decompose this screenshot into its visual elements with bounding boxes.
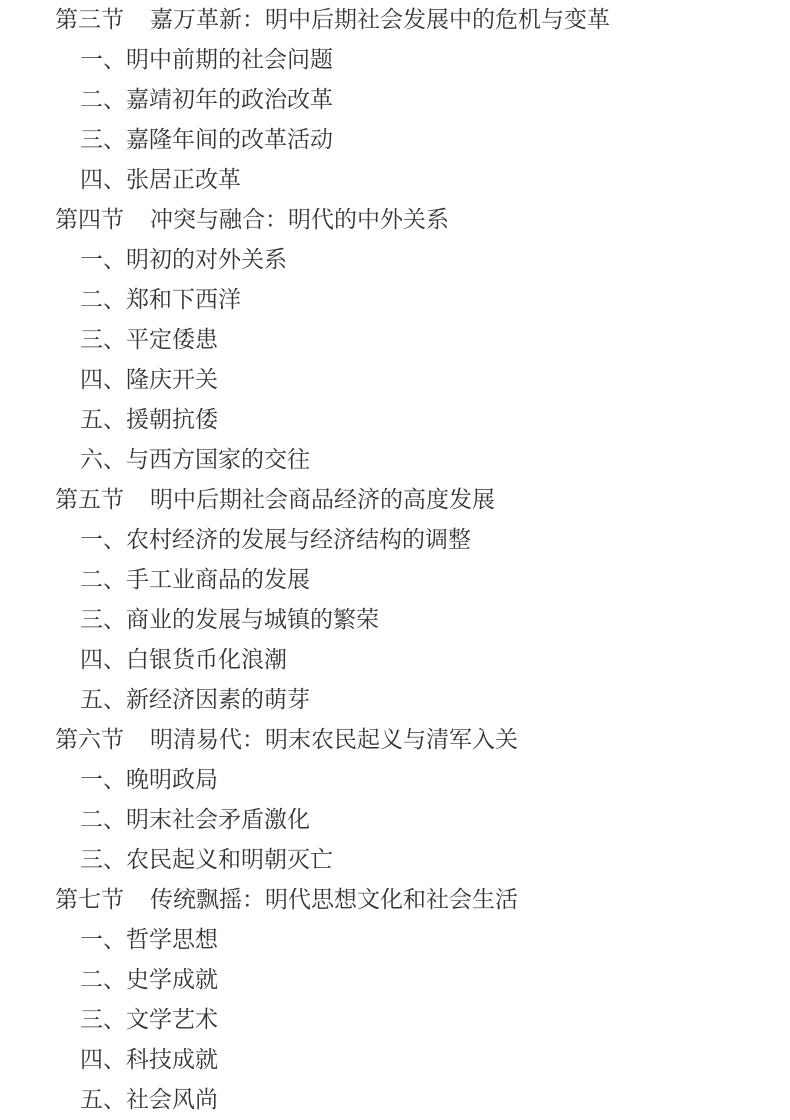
toc-section[interactable]: 第六节明清易代：明末农民起义与清军入关 [0,720,790,760]
section-number: 第三节 [55,0,150,40]
toc-item[interactable]: 二、史学成就 [0,960,790,1000]
section-title: 冲突与融合：明代的中外关系 [150,207,449,233]
toc-item[interactable]: 五、社会风尚 [0,1080,790,1120]
section-number: 第七节 [55,880,150,920]
toc-item[interactable]: 四、科技成就 [0,1040,790,1080]
toc-item[interactable]: 二、明末社会矛盾激化 [0,800,790,840]
toc-item[interactable]: 一、哲学思想 [0,920,790,960]
section-number: 第四节 [55,200,150,240]
toc-item[interactable]: 一、农村经济的发展与经济结构的调整 [0,520,790,560]
toc-item[interactable]: 三、嘉隆年间的改革活动 [0,120,790,160]
toc-item[interactable]: 二、嘉靖初年的政治改革 [0,80,790,120]
section-number: 第五节 [55,480,150,520]
toc-item[interactable]: 六、与西方国家的交往 [0,440,790,480]
toc-section[interactable]: 第四节冲突与融合：明代的中外关系 [0,200,790,240]
section-title: 嘉万革新：明中后期社会发展中的危机与变革 [150,7,610,33]
toc-item[interactable]: 三、农民起义和明朝灭亡 [0,840,790,880]
toc-item[interactable]: 五、新经济因素的萌芽 [0,680,790,720]
toc-item[interactable]: 二、郑和下西洋 [0,280,790,320]
toc-item[interactable]: 一、明初的对外关系 [0,240,790,280]
section-title: 明清易代：明末农民起义与清军入关 [150,727,518,753]
section-title: 传统飘摇：明代思想文化和社会生活 [150,887,518,913]
toc-item[interactable]: 三、文学艺术 [0,1000,790,1040]
toc-item[interactable]: 四、张居正改革 [0,160,790,200]
toc-section[interactable]: 第五节明中后期社会商品经济的高度发展 [0,480,790,520]
section-title: 明中后期社会商品经济的高度发展 [150,487,495,513]
toc-item[interactable]: 五、援朝抗倭 [0,400,790,440]
toc-section[interactable]: 第三节嘉万革新：明中后期社会发展中的危机与变革 [0,0,790,40]
toc-item[interactable]: 二、手工业商品的发展 [0,560,790,600]
toc-item[interactable]: 三、平定倭患 [0,320,790,360]
toc-item[interactable]: 三、商业的发展与城镇的繁荣 [0,600,790,640]
table-of-contents: 第三节嘉万革新：明中后期社会发展中的危机与变革 一、明中前期的社会问题 二、嘉靖… [0,0,790,1120]
toc-item[interactable]: 四、隆庆开关 [0,360,790,400]
toc-item[interactable]: 一、晚明政局 [0,760,790,800]
toc-section[interactable]: 第七节传统飘摇：明代思想文化和社会生活 [0,880,790,920]
toc-item[interactable]: 四、白银货币化浪潮 [0,640,790,680]
toc-item[interactable]: 一、明中前期的社会问题 [0,40,790,80]
section-number: 第六节 [55,720,150,760]
